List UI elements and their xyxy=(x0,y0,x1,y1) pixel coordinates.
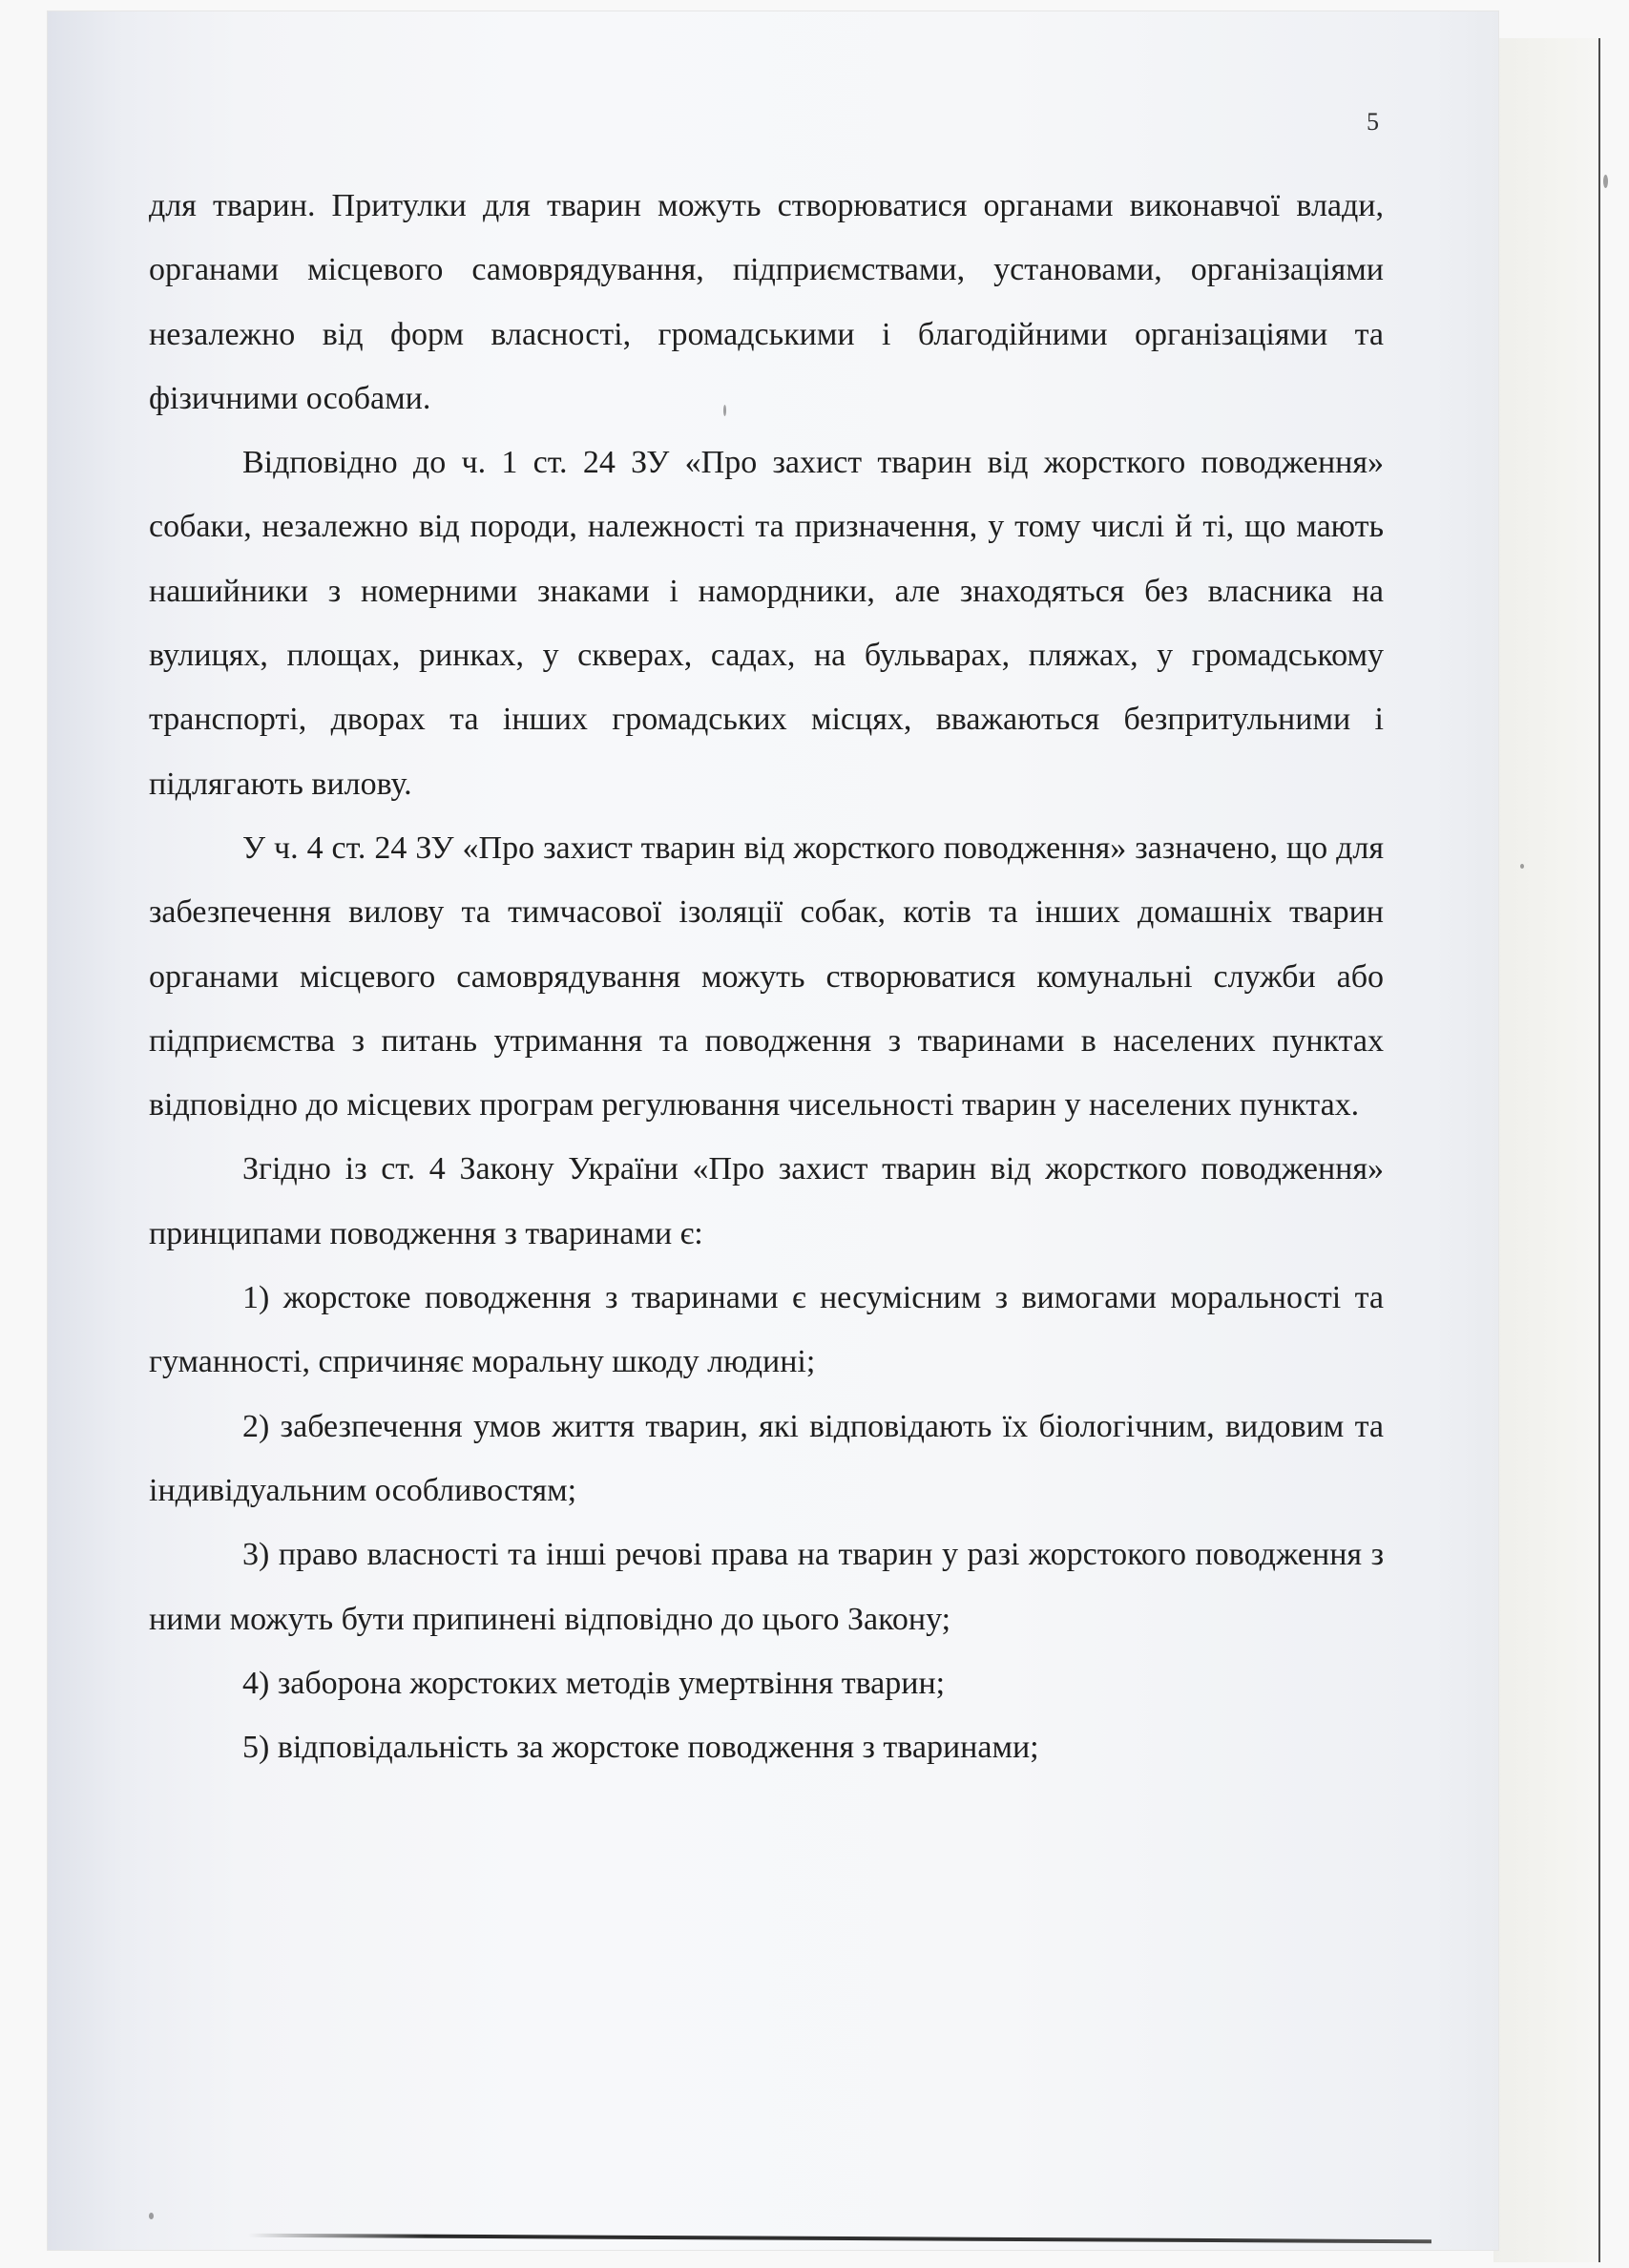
scan-speck xyxy=(1520,864,1524,869)
list-item-principle-2: 2) забезпечення умов життя тварин, які в… xyxy=(149,1395,1384,1523)
page-number: 5 xyxy=(1367,108,1379,136)
adjacent-page-edge xyxy=(1493,38,1600,2262)
document-body: для тварин. Притулки для тварин можуть с… xyxy=(149,174,1384,1779)
list-item-principle-1: 1) жорстоке поводження з тваринами є нес… xyxy=(149,1266,1384,1395)
paragraph-article-24-part-1: Відповідно до ч. 1 ст. 24 ЗУ «Про захист… xyxy=(149,430,1384,816)
scan-speck xyxy=(723,405,726,416)
scan-speck xyxy=(1603,175,1608,188)
paragraph-article-4-intro: Згідно із ст. 4 Закону України «Про захи… xyxy=(149,1137,1384,1266)
paragraph-article-24-part-4: У ч. 4 ст. 24 ЗУ «Про захист тварин від … xyxy=(149,816,1384,1137)
scan-speck xyxy=(149,2213,154,2219)
list-item-principle-5: 5) відповідальність за жорстоке поводжен… xyxy=(149,1715,1384,1779)
list-item-principle-4: 4) заборона жорстоких методів умертвіння… xyxy=(149,1651,1384,1715)
paragraph-shelters: для тварин. Притулки для тварин можуть с… xyxy=(149,174,1384,430)
list-item-principle-3: 3) право власності та інші речові права … xyxy=(149,1522,1384,1651)
